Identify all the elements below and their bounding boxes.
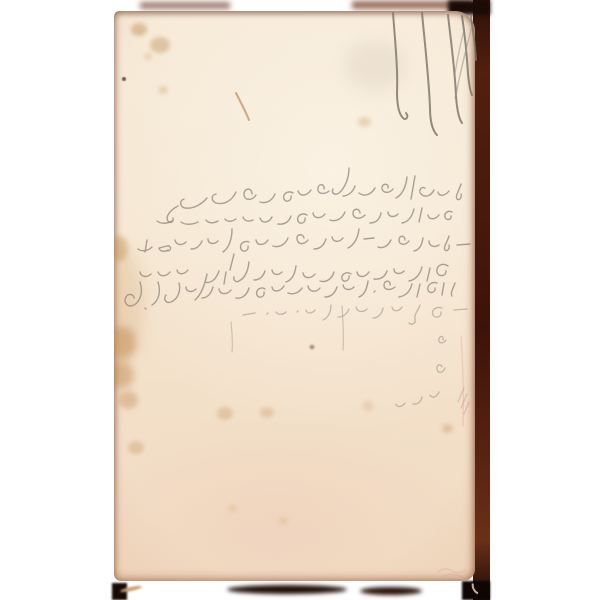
pink-scribble-bottom	[438, 569, 466, 577]
scratch-stain	[236, 93, 249, 120]
scan-background	[0, 0, 600, 600]
pencil-faint-verticals	[231, 306, 343, 352]
margin-scribbles	[396, 336, 446, 406]
pink-streak	[461, 336, 463, 426]
handwriting-line-5	[125, 281, 455, 309]
book-photo	[112, 0, 490, 600]
handwriting-line-3	[138, 229, 470, 252]
handwriting-line-2	[157, 208, 452, 224]
handwriting-line-6	[243, 305, 467, 324]
handwriting-line-1	[167, 168, 461, 222]
handwriting-overlay	[112, 0, 490, 600]
